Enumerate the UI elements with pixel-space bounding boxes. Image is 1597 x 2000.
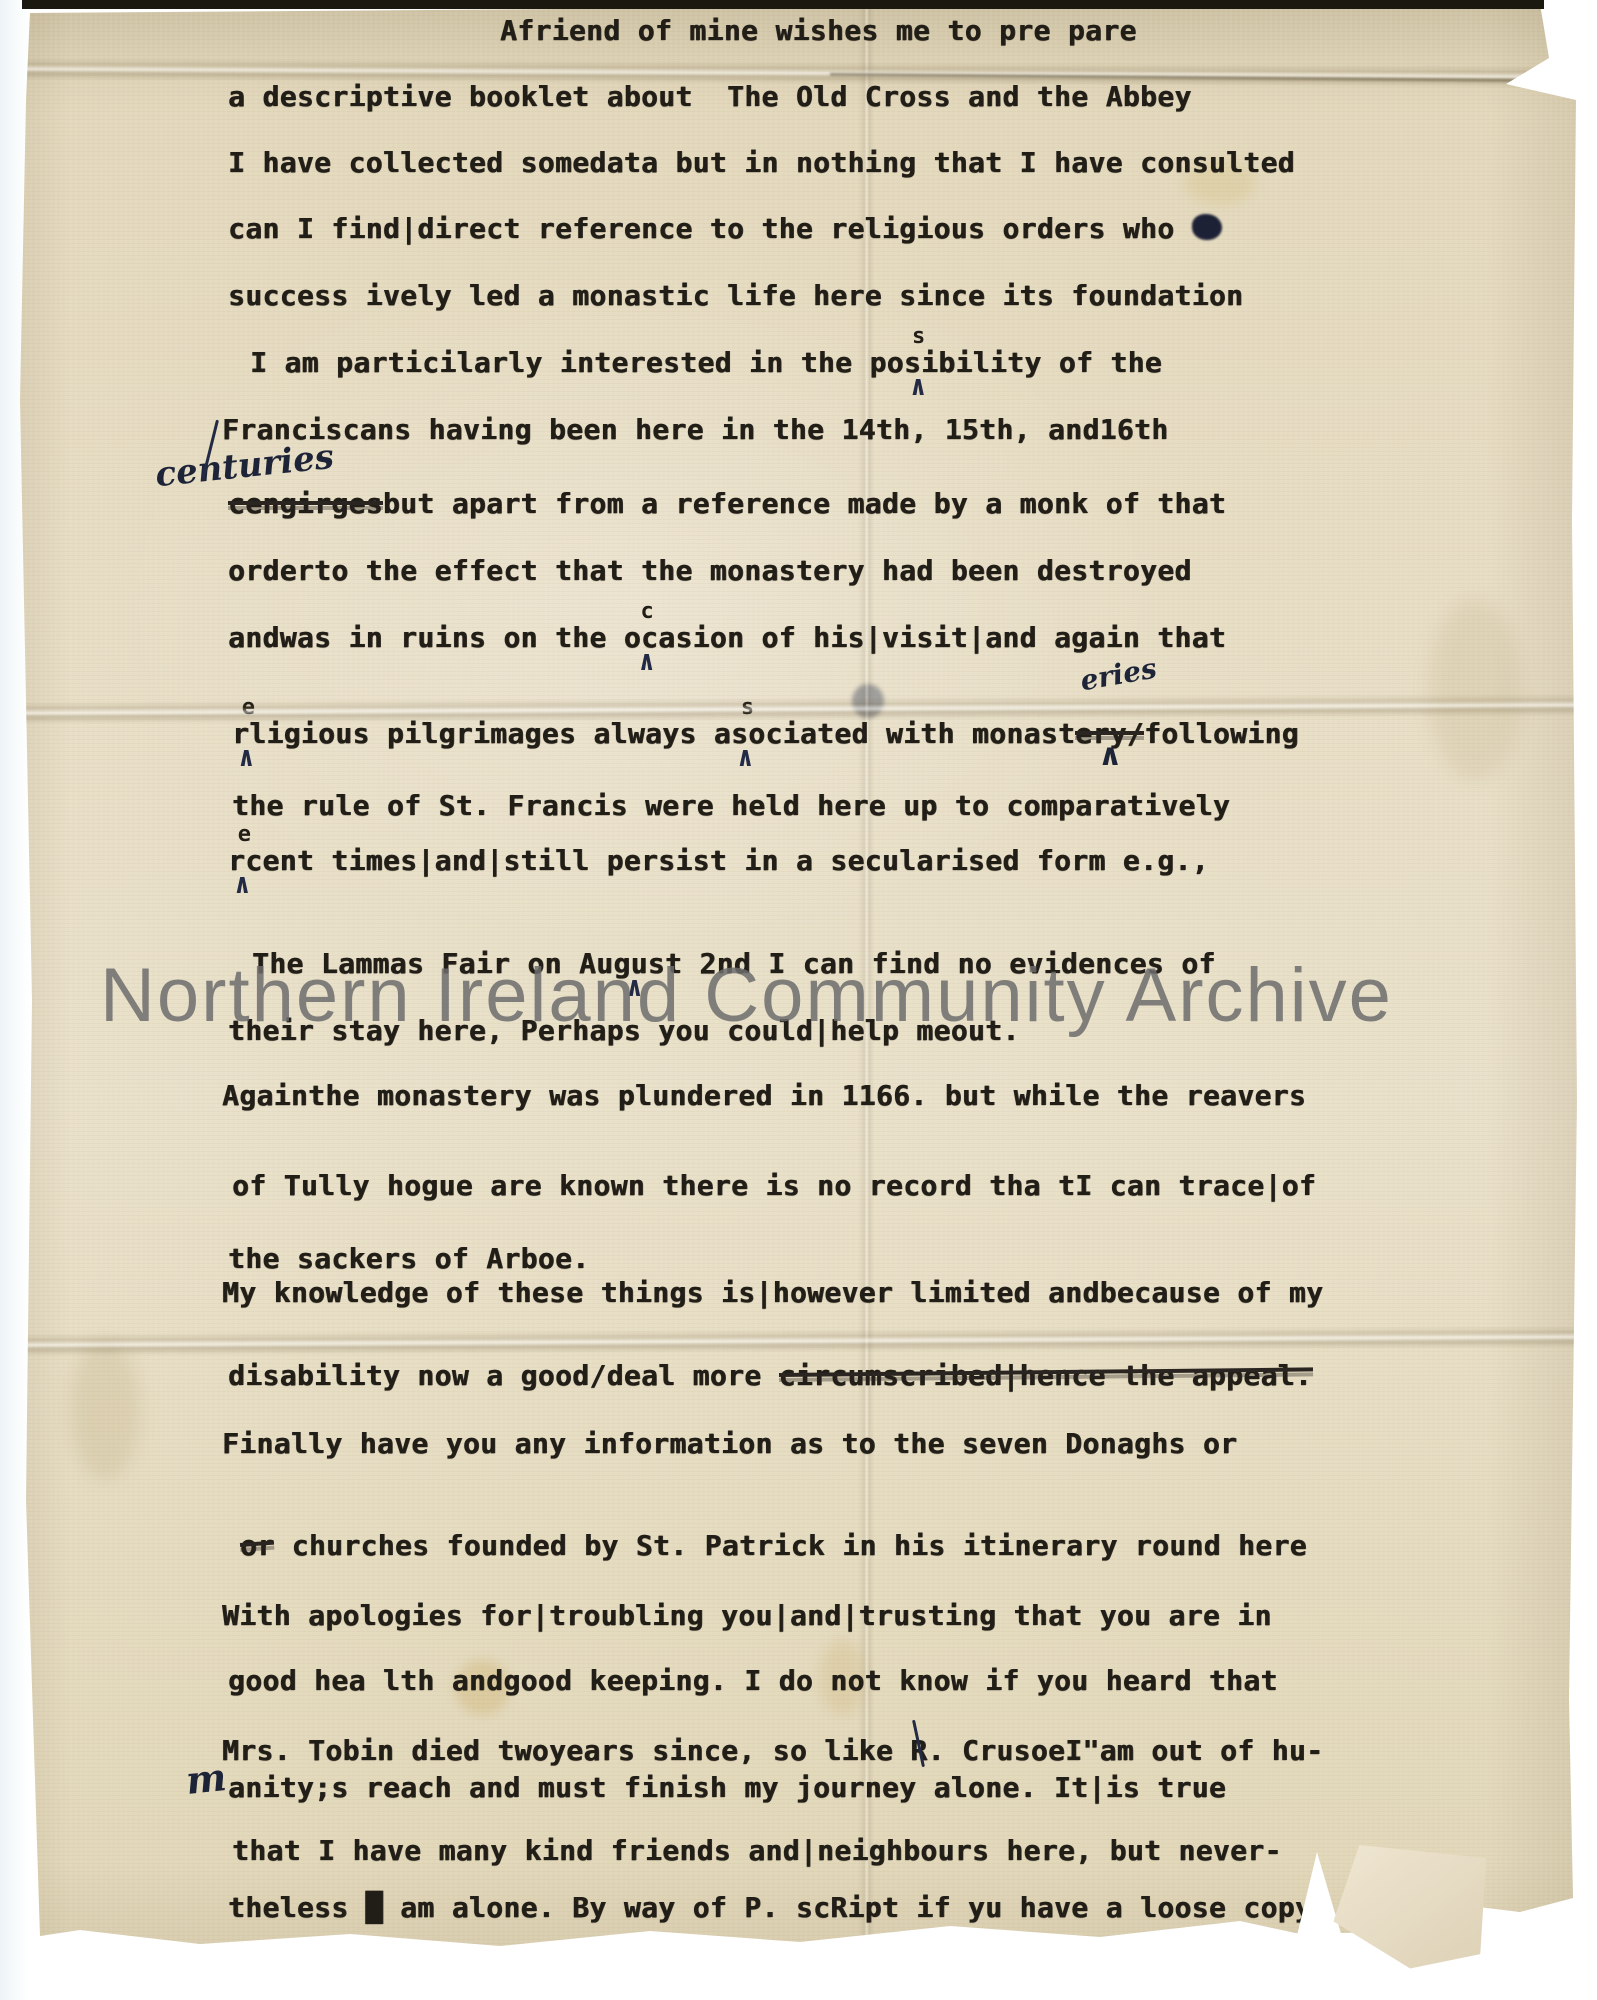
- ink-blot: [1192, 214, 1222, 240]
- handwritten-annotation: m: [184, 1754, 229, 1803]
- superscript-correction: s: [912, 324, 925, 349]
- typed-line: andwas in ruins on the ocasion of his|vi…: [228, 621, 1226, 654]
- strike-mark: [1075, 731, 1144, 735]
- superscript-correction: s: [741, 695, 754, 720]
- caret-mark: ∧: [237, 741, 255, 774]
- caret-mark: ∧: [638, 645, 656, 678]
- typed-line: can I find|direct reference to the relig…: [228, 212, 1174, 245]
- superscript-correction: c: [640, 599, 653, 624]
- fold-crease-bottom: [0, 1326, 1597, 1356]
- typed-line: good hea lth andgood keeping. I do not k…: [228, 1664, 1278, 1697]
- handwritten-annotation: eries: [1078, 652, 1159, 698]
- typed-line: Franciscans having been here in the 14th…: [222, 413, 1168, 446]
- stain: [70, 1340, 140, 1480]
- typed-line: that I have many kind friends and|neighb…: [232, 1834, 1282, 1867]
- scanned-letter: Afriend of mine wishes me to pre parea d…: [0, 0, 1597, 2000]
- typed-line: the rule of St. Francis were held here u…: [232, 789, 1230, 822]
- typed-line: Finally have you any information as to t…: [222, 1427, 1237, 1460]
- typed-line: I am particilarly interested in the posi…: [250, 346, 1162, 379]
- typed-line: success ively led a monastic life here s…: [228, 279, 1243, 312]
- strike-mark: [228, 501, 383, 505]
- typed-line: Againthe monastery was plundered in 1166…: [222, 1079, 1306, 1112]
- stain: [1430, 600, 1520, 780]
- typed-line: With apologies for|troubling you|and|tru…: [222, 1599, 1272, 1632]
- typed-line: orderto the effect that the monastery ha…: [228, 554, 1192, 587]
- typed-line: I have collected somedata but in nothing…: [228, 146, 1295, 179]
- superscript-correction: e: [242, 695, 255, 720]
- caret-mark: ∧: [909, 370, 927, 403]
- typed-line: anity;s reach and must finish my journey…: [228, 1771, 1226, 1804]
- typed-line: a descriptive booklet about The Old Cros…: [228, 80, 1192, 113]
- caret-mark: ∧: [736, 741, 754, 774]
- typed-line: of Tully hogue are known there is no rec…: [232, 1169, 1316, 1202]
- typed-line: disability now a good/deal more circumsc…: [228, 1359, 1312, 1392]
- watermark: Northern Ireland Community Archive: [100, 952, 1393, 1039]
- typed-line: theless █ am alone. By way of P. scRipt …: [228, 1891, 1312, 1924]
- letter-page: Afriend of mine wishes me to pre parea d…: [0, 0, 1597, 2000]
- typed-line: My knowledge of these things is|however …: [222, 1276, 1323, 1309]
- ink-smudge: [852, 684, 884, 718]
- typed-line: or churches founded by St. Patrick in hi…: [240, 1529, 1307, 1562]
- typed-line: Mrs. Tobin died twoyears since, so like …: [222, 1734, 1323, 1767]
- handwritten-annotation: ∧: [1098, 738, 1122, 773]
- scanner-edge-strip: [22, 0, 1544, 9]
- superscript-correction: e: [238, 822, 251, 847]
- typed-line: the sackers of Arboe.: [228, 1242, 589, 1275]
- caret-mark: ∧: [233, 868, 251, 901]
- typed-line: rcent times|and|still persist in a secul…: [228, 844, 1209, 877]
- typed-line: Afriend of mine wishes me to pre pare: [500, 14, 1137, 47]
